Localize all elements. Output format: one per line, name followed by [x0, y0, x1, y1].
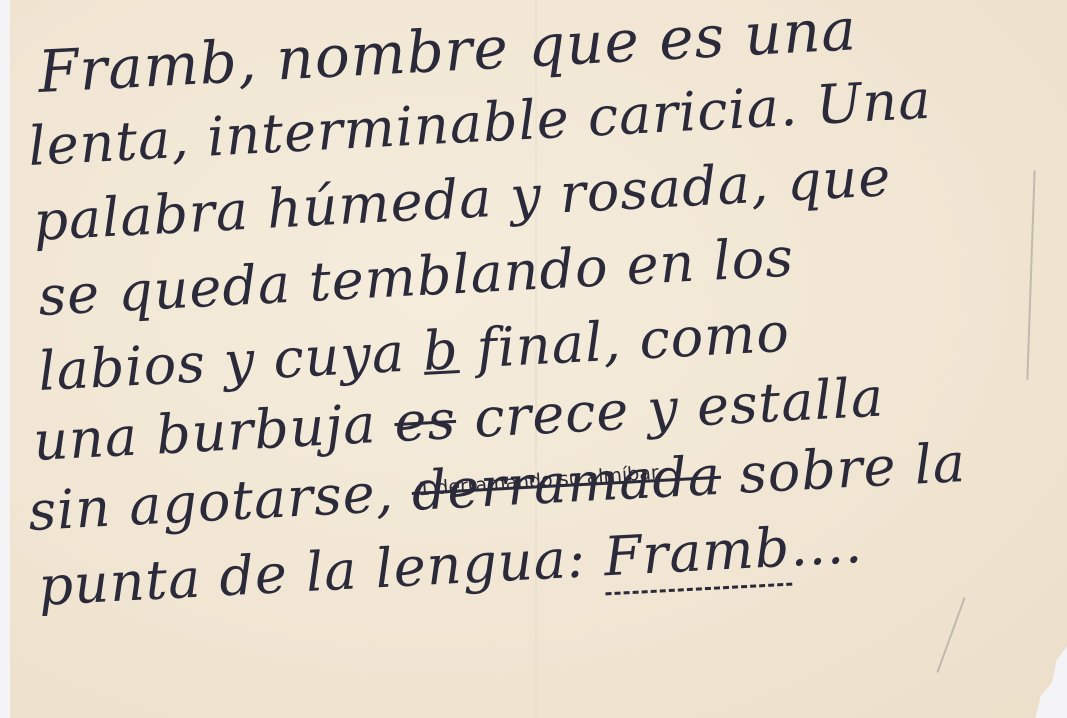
- note-text: sobre la: [737, 431, 967, 506]
- struck-word: es: [393, 388, 458, 454]
- note-text: punta de la lengua:: [37, 526, 588, 618]
- ellipsis: ....: [788, 512, 864, 579]
- closing-word: Framb: [602, 516, 792, 596]
- note-text: una burbuja: [32, 392, 378, 473]
- handwritten-note-paper: Framb, nombre que es una lenta, intermin…: [10, 0, 1067, 718]
- note-text: sin agotarse,: [27, 461, 396, 543]
- pencil-mark: [936, 597, 965, 673]
- struck-word: derramada: [410, 444, 722, 523]
- note-text: labios y cuya: [37, 321, 407, 403]
- underlined-letter-b: b: [421, 318, 460, 383]
- pencil-mark: [1026, 170, 1035, 380]
- note-text: final, como: [475, 301, 791, 380]
